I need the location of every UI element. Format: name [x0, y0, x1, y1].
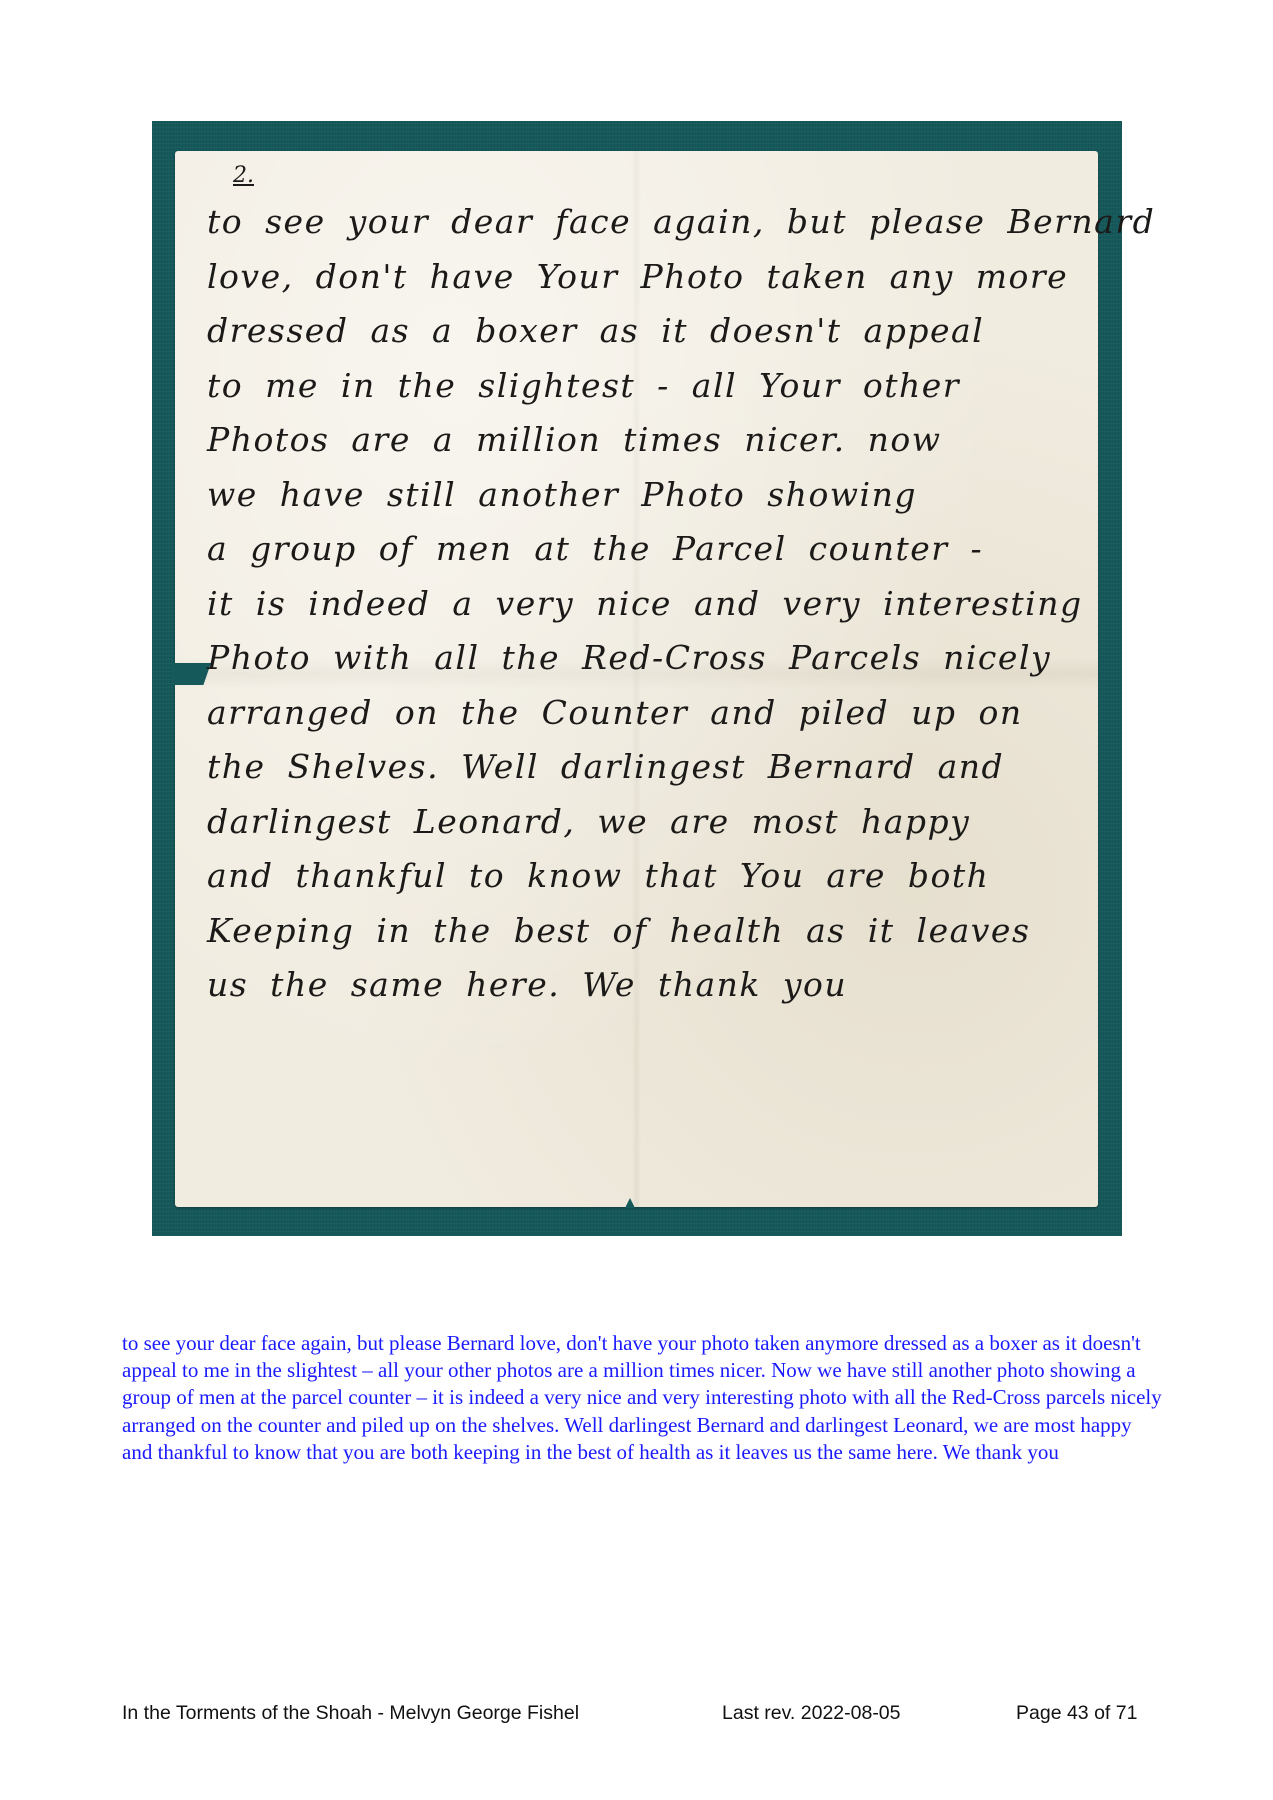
letter-paper: 2. to see your dear face again, but plea…	[175, 151, 1098, 1207]
handwritten-line: darlingest Leonard, we are most happy	[207, 795, 1087, 850]
handwritten-line: dressed as a boxer as it doesn't appeal	[207, 304, 1087, 359]
handwritten-line: Photo with all the Red-Cross Parcels nic…	[207, 631, 1087, 686]
transcription-paragraph: to see your dear face again, but please …	[122, 1330, 1162, 1466]
handwritten-line: Photos are a million times nicer. now	[207, 413, 1087, 468]
handwritten-line: to me in the slightest - all Your other	[207, 359, 1087, 414]
paper-tear	[173, 663, 211, 685]
handwritten-line: to see your dear face again, but please …	[207, 195, 1087, 250]
footer-page-number: Page 43 of 71	[1016, 1702, 1137, 1725]
footer-revision-date: Last rev. 2022-08-05	[722, 1702, 901, 1725]
handwritten-line: Keeping in the best of health as it leav…	[207, 904, 1087, 959]
letter-photo: 2. to see your dear face again, but plea…	[152, 121, 1122, 1236]
handwritten-text: to see your dear face again, but please …	[207, 195, 1087, 1013]
handwritten-line: and thankful to know that You are both	[207, 849, 1087, 904]
handwritten-line: it is indeed a very nice and very intere…	[207, 577, 1087, 632]
handwritten-line: us the same here. We thank you	[207, 958, 1087, 1013]
handwritten-line: the Shelves. Well darlingest Bernard and	[207, 740, 1087, 795]
handwritten-page-marker: 2.	[233, 163, 254, 188]
handwritten-line: a group of men at the Parcel counter -	[207, 522, 1087, 577]
handwritten-line: we have still another Photo showing	[207, 468, 1087, 523]
handwritten-line: arranged on the Counter and piled up on	[207, 686, 1087, 741]
page-footer: In the Torments of the Shoah - Melvyn Ge…	[0, 1702, 1273, 1726]
paper-fold-tear	[625, 1198, 635, 1208]
footer-document-title: In the Torments of the Shoah - Melvyn Ge…	[122, 1702, 579, 1725]
handwritten-line: love, don't have Your Photo taken any mo…	[207, 250, 1087, 305]
